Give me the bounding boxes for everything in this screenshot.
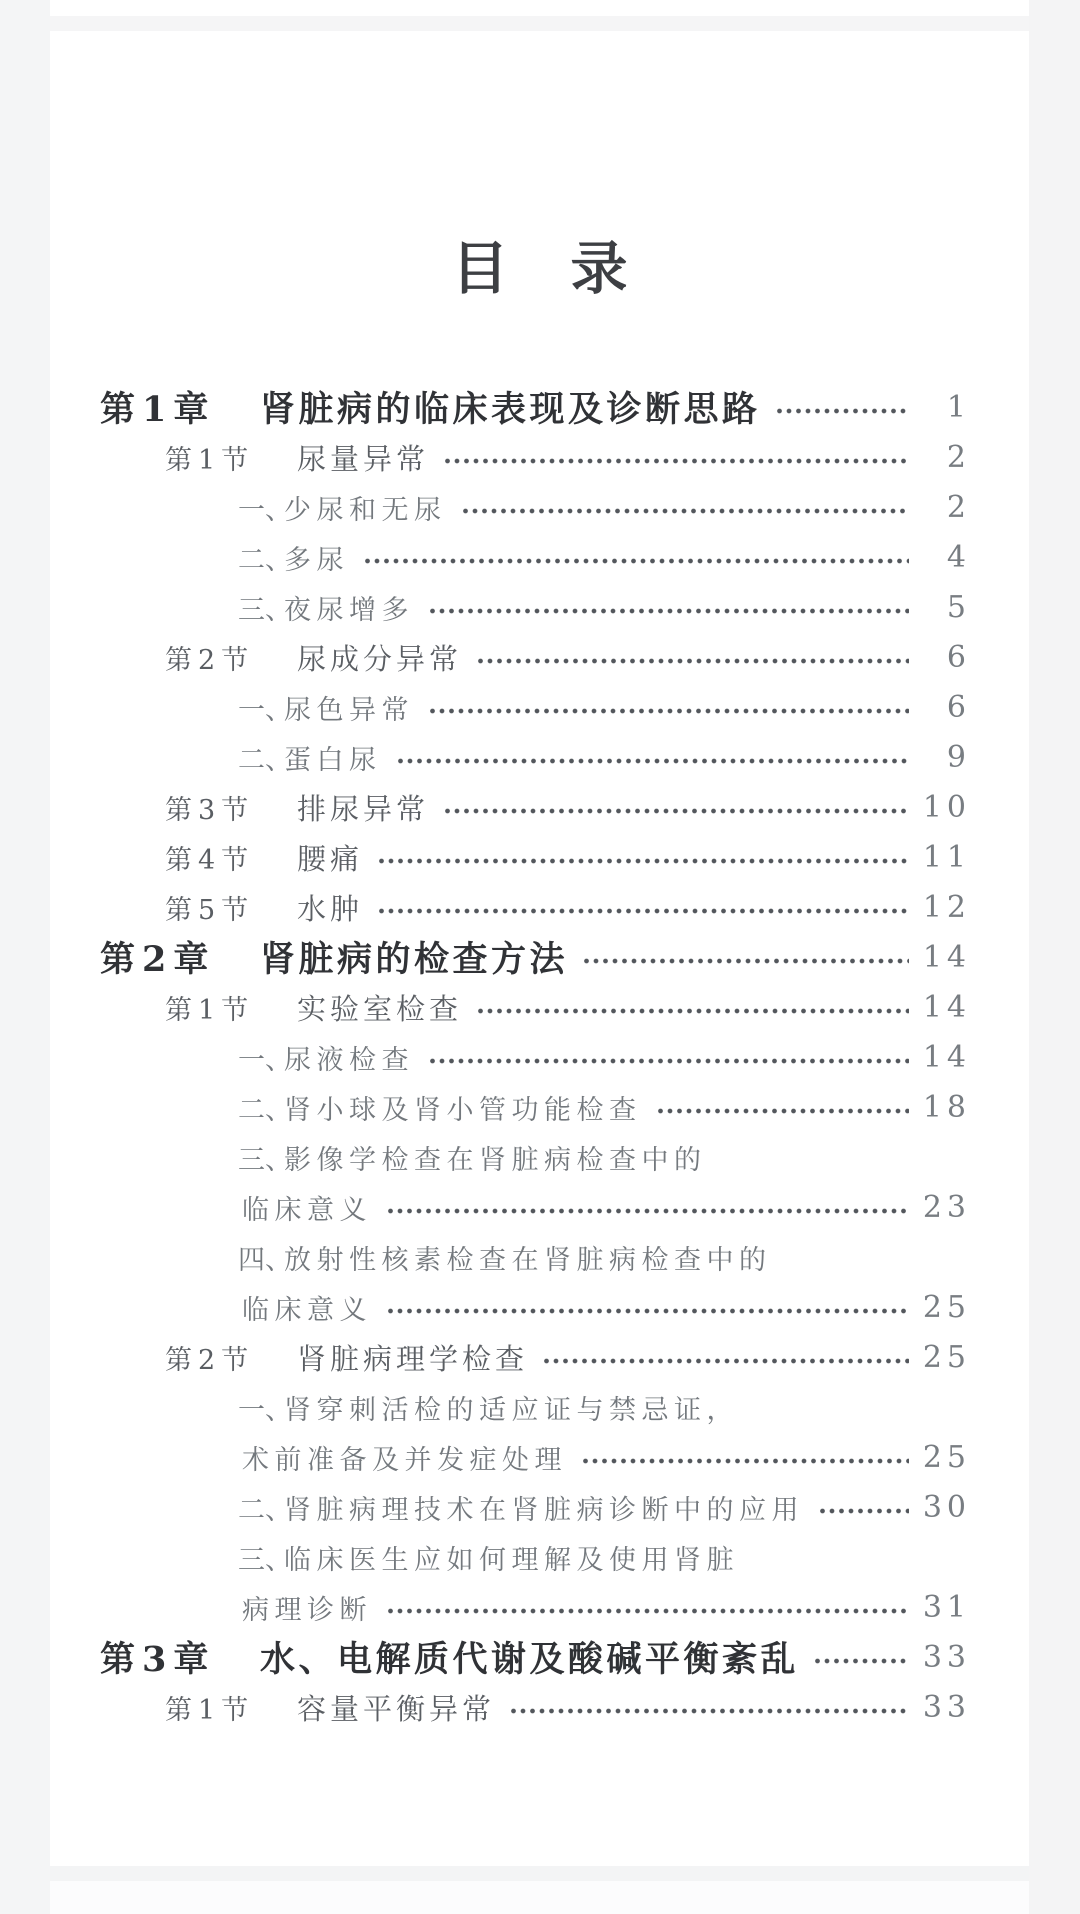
toc-page-number: 5 xyxy=(919,590,971,625)
toc-title: 肾脏病理学检查 xyxy=(297,1337,528,1378)
toc-row: 第2节肾脏病理学检查25 xyxy=(50,1332,1029,1382)
toc-title: 肾小球及肾小管功能检查 xyxy=(284,1088,642,1127)
toc-title: 实验室检查 xyxy=(297,987,462,1028)
toc-row: 第5节水肿12 xyxy=(50,882,1029,932)
toc-title: 腰痛 xyxy=(297,837,363,878)
toc-row: 四、放射性核素检查在肾脏病检查中的 xyxy=(50,1232,1029,1282)
toc-page-number: 14 xyxy=(919,990,971,1025)
toc-marker: 二、 xyxy=(238,1088,284,1127)
toc-row: 第1节尿量异常2 xyxy=(50,432,1029,482)
page-title: 目录 xyxy=(50,237,1029,301)
toc-page-number: 1 xyxy=(919,390,971,425)
toc-marker: 第3章 xyxy=(100,1632,260,1682)
toc-page-number: 25 xyxy=(919,1340,971,1375)
dot-leader xyxy=(509,1691,909,1723)
dot-leader xyxy=(656,1091,910,1123)
toc-marker: 第3节 xyxy=(165,788,297,827)
toc-row: 一、尿液检查14 xyxy=(50,1032,1029,1082)
dot-leader xyxy=(813,1641,909,1673)
toc-page-number: 33 xyxy=(919,1690,971,1725)
dot-leader xyxy=(582,941,909,973)
toc-title: 尿液检查 xyxy=(284,1038,414,1077)
toc-marker: 第4节 xyxy=(165,838,297,877)
toc-row: 第2节尿成分异常6 xyxy=(50,632,1029,682)
toc-page-number: 33 xyxy=(919,1640,971,1675)
toc-marker: 第1节 xyxy=(165,988,297,1027)
dot-leader xyxy=(443,791,909,823)
toc-page-number: 6 xyxy=(919,640,971,675)
toc-marker: 三、 xyxy=(238,1538,284,1577)
toc-marker: 一、 xyxy=(238,1038,284,1077)
toc-row: 病理诊断31 xyxy=(50,1582,1029,1632)
toc-page-number: 14 xyxy=(919,1040,971,1075)
toc-page-number: 6 xyxy=(919,690,971,725)
toc-title: 水肿 xyxy=(297,887,363,928)
dot-leader xyxy=(443,441,909,473)
dot-leader xyxy=(818,1491,909,1523)
toc-page-number: 14 xyxy=(919,940,971,975)
toc-page-number: 18 xyxy=(919,1090,971,1125)
toc-title: 多尿 xyxy=(284,538,349,577)
toc-page-number: 30 xyxy=(919,1490,971,1525)
toc-title: 肾脏病的检查方法 xyxy=(260,932,568,982)
toc-row: 第1节实验室检查14 xyxy=(50,982,1029,1032)
toc-title: 影像学检查在肾脏病检查中的 xyxy=(284,1138,707,1177)
toc-row: 二、肾脏病理技术在肾脏病诊断中的应用30 xyxy=(50,1482,1029,1532)
toc-page-number: 2 xyxy=(919,440,971,475)
toc-title: 肾脏病理技术在肾脏病诊断中的应用 xyxy=(284,1488,804,1527)
toc-title: 临床意义 xyxy=(242,1288,372,1327)
scan-top-band xyxy=(50,16,1029,31)
toc-row: 一、少尿和无尿2 xyxy=(50,482,1029,532)
dot-leader xyxy=(461,491,910,523)
toc-row: 第3节排尿异常10 xyxy=(50,782,1029,832)
toc-page-number: 23 xyxy=(919,1190,971,1225)
dot-leader xyxy=(428,691,909,723)
toc-page-number: 10 xyxy=(919,790,971,825)
toc-title: 容量平衡异常 xyxy=(297,1687,495,1728)
toc-row: 一、尿色异常6 xyxy=(50,682,1029,732)
toc-title: 夜尿增多 xyxy=(284,588,414,627)
dot-leader xyxy=(428,591,909,623)
dot-leader xyxy=(428,1041,909,1073)
toc-title: 尿成分异常 xyxy=(297,637,462,678)
dot-leader xyxy=(476,991,909,1023)
toc-row: 第1节容量平衡异常33 xyxy=(50,1682,1029,1732)
toc-title: 水、电解质代谢及酸碱平衡紊乱 xyxy=(260,1632,799,1682)
toc-row: 临床意义23 xyxy=(50,1182,1029,1232)
toc-marker: 二、 xyxy=(238,538,284,577)
toc-marker: 二、 xyxy=(238,1488,284,1527)
dot-leader xyxy=(377,891,909,923)
toc-page-number: 25 xyxy=(919,1440,971,1475)
toc-marker: 一、 xyxy=(238,1388,284,1427)
toc-marker: 三、 xyxy=(238,1138,284,1177)
title-char-right: 录 xyxy=(571,235,628,302)
dot-leader xyxy=(386,1591,909,1623)
toc-page-number: 12 xyxy=(919,890,971,925)
toc-list: 第1章肾脏病的临床表现及诊断思路1第1节尿量异常2一、少尿和无尿2二、多尿4三、… xyxy=(50,382,1029,1732)
dot-leader xyxy=(775,391,909,423)
toc-row: 三、夜尿增多5 xyxy=(50,582,1029,632)
toc-marker: 第2章 xyxy=(100,932,260,982)
toc-title: 肾穿刺活检的适应证与禁忌证， xyxy=(284,1388,739,1427)
toc-title: 病理诊断 xyxy=(242,1588,372,1627)
toc-marker: 四、 xyxy=(238,1238,284,1277)
toc-title: 少尿和无尿 xyxy=(284,488,447,527)
scanned-toc-screen: { "title": { "left": "目", "right": "录" }… xyxy=(0,0,1080,1914)
toc-page-number: 31 xyxy=(919,1590,971,1625)
toc-marker: 第2节 xyxy=(165,1338,297,1377)
toc-marker: 第5节 xyxy=(165,888,297,927)
toc-marker: 三、 xyxy=(238,588,284,627)
dot-leader xyxy=(476,641,909,673)
toc-row: 第1章肾脏病的临床表现及诊断思路1 xyxy=(50,382,1029,432)
toc-marker: 二、 xyxy=(238,738,284,777)
toc-row: 二、蛋白尿9 xyxy=(50,732,1029,782)
toc-marker: 第2节 xyxy=(165,638,297,677)
scan-right-margin xyxy=(1029,0,1080,1914)
toc-title: 尿色异常 xyxy=(284,688,414,727)
toc-marker: 第1章 xyxy=(100,382,260,432)
toc-marker: 第1节 xyxy=(165,438,297,477)
toc-title: 尿量异常 xyxy=(297,437,429,478)
toc-marker: 第1节 xyxy=(165,1688,297,1727)
toc-title: 临床医生应如何理解及使用肾脏 xyxy=(284,1538,739,1577)
dot-leader xyxy=(581,1441,909,1473)
toc-page-number: 25 xyxy=(919,1290,971,1325)
toc-row: 第4节腰痛11 xyxy=(50,832,1029,882)
toc-title: 蛋白尿 xyxy=(284,738,382,777)
toc-row: 一、肾穿刺活检的适应证与禁忌证， xyxy=(50,1382,1029,1432)
dot-leader xyxy=(542,1341,909,1373)
dot-leader xyxy=(396,741,910,773)
scan-bottom-band xyxy=(50,1866,1029,1881)
book-page: 目录 第1章肾脏病的临床表现及诊断思路1第1节尿量异常2一、少尿和无尿2二、多尿… xyxy=(50,31,1029,1866)
toc-row: 三、影像学检查在肾脏病检查中的 xyxy=(50,1132,1029,1182)
toc-row: 术前准备及并发症处理25 xyxy=(50,1432,1029,1482)
toc-marker: 一、 xyxy=(238,488,284,527)
title-char-left: 目 xyxy=(452,235,509,302)
dot-leader xyxy=(363,541,909,573)
dot-leader xyxy=(386,1291,909,1323)
toc-row: 二、肾小球及肾小管功能检查18 xyxy=(50,1082,1029,1132)
toc-title: 排尿异常 xyxy=(297,787,429,828)
toc-page-number: 11 xyxy=(919,840,971,875)
toc-title: 放射性核素检查在肾脏病检查中的 xyxy=(284,1238,772,1277)
dot-leader xyxy=(386,1191,909,1223)
toc-row: 临床意义25 xyxy=(50,1282,1029,1332)
toc-page-number: 2 xyxy=(919,490,971,525)
dot-leader xyxy=(377,841,909,873)
toc-title: 临床意义 xyxy=(242,1188,372,1227)
toc-page-number: 9 xyxy=(919,740,971,775)
scan-left-margin xyxy=(0,0,50,1914)
toc-page-number: 4 xyxy=(919,540,971,575)
toc-marker: 一、 xyxy=(238,688,284,727)
scan-bottom-area xyxy=(50,1881,1029,1914)
toc-row: 第3章水、电解质代谢及酸碱平衡紊乱33 xyxy=(50,1632,1029,1682)
toc-row: 三、临床医生应如何理解及使用肾脏 xyxy=(50,1532,1029,1582)
toc-row: 第2章肾脏病的检查方法14 xyxy=(50,932,1029,982)
toc-title: 术前准备及并发症处理 xyxy=(242,1438,567,1477)
toc-title: 肾脏病的临床表现及诊断思路 xyxy=(260,382,761,432)
toc-row: 二、多尿4 xyxy=(50,532,1029,582)
